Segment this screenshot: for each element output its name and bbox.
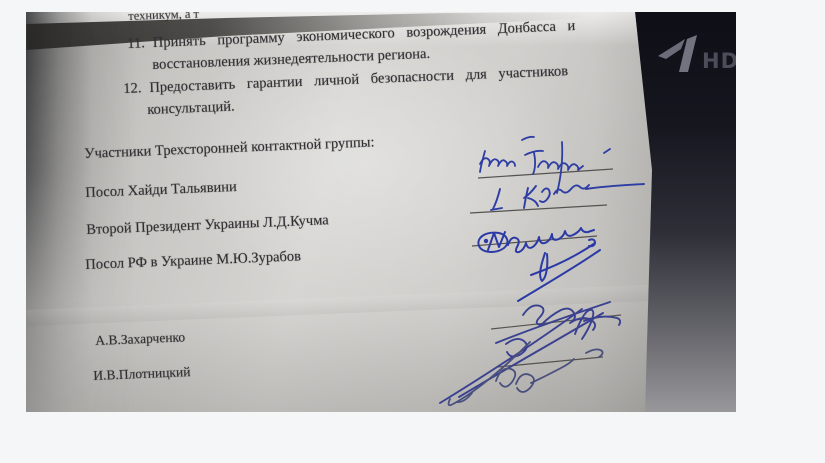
channel-one-logo-icon: [658, 39, 685, 59]
document-item-12-line2: консультаций.: [147, 98, 235, 118]
page-background: { "channel": { "logo_icon": "channel-one…: [0, 0, 825, 463]
item-number: 12.: [123, 80, 142, 98]
hd-badge: HD: [702, 49, 736, 73]
item-number: 11.: [127, 35, 145, 53]
video-frame: техникум, а т 11.Принять программу эконо…: [26, 12, 736, 412]
channel-one-logo: HD: [658, 35, 736, 73]
channel-one-logo-icon: [679, 35, 697, 72]
